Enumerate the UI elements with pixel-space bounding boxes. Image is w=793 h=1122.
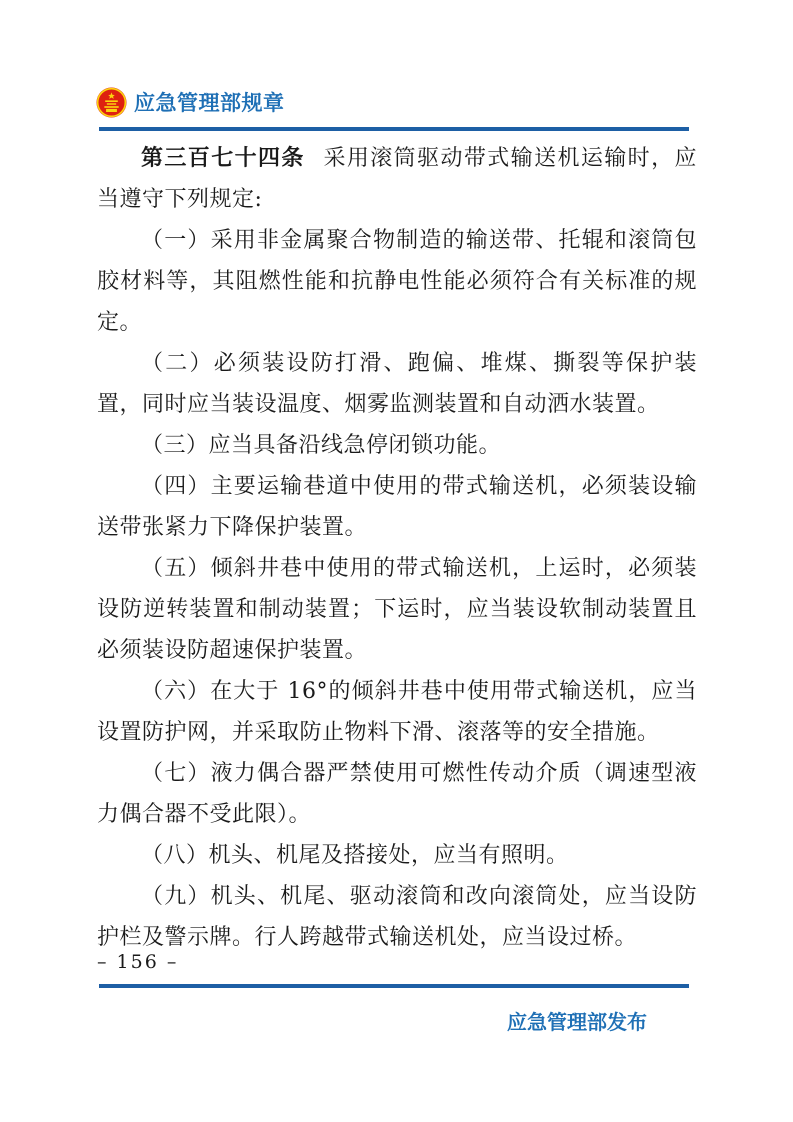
- article-item-6: （六）在大于 16°的倾斜井巷中使用带式输送机，应当设置防护网，并采取防止物料下…: [97, 671, 697, 753]
- article-item-7: （七）液力偶合器严禁使用可燃性传动介质（调速型液力偶合器不受此限）。: [97, 753, 697, 835]
- article-item-2: （二）必须装设防打滑、跑偏、堆煤、撕裂等保护装置，同时应当装设温度、烟雾监测装置…: [97, 343, 697, 425]
- publisher-label: 应急管理部发布: [507, 1006, 647, 1035]
- article-number: 第三百七十四条: [141, 145, 305, 171]
- article-lead-paragraph: 第三百七十四条采用滚筒驱动带式输送机运输时，应当遵守下列规定:: [97, 138, 697, 220]
- footer-divider-line: [99, 984, 689, 988]
- page-number: – 156 –: [97, 951, 178, 973]
- header-divider-line: [99, 127, 689, 131]
- article-item-4: （四）主要运输巷道中使用的带式输送机，必须装设输送带张紧力下降保护装置。: [97, 466, 697, 548]
- page-header: 应急管理部规章: [96, 85, 285, 119]
- article-item-1: （一）采用非金属聚合物制造的输送带、托辊和滚筒包胶材料等，其阻燃性能和抗静电性能…: [97, 220, 697, 343]
- article-item-8: （八）机头、机尾及搭接处，应当有照明。: [97, 835, 697, 876]
- document-page: 应急管理部规章 第三百七十四条采用滚筒驱动带式输送机运输时，应当遵守下列规定: …: [0, 0, 793, 1122]
- article-item-3: （三）应当具备沿线急停闭锁功能。: [97, 425, 697, 466]
- china-national-emblem-icon: [96, 87, 127, 118]
- article-item-9: （九）机头、机尾、驱动滚筒和改向滚筒处，应当设防护栏及警示牌。行人跨越带式输送机…: [97, 876, 697, 958]
- header-title: 应急管理部规章: [134, 87, 285, 117]
- article-body: 第三百七十四条采用滚筒驱动带式输送机运输时，应当遵守下列规定: （一）采用非金属…: [97, 138, 697, 958]
- article-item-5: （五）倾斜井巷中使用的带式输送机，上运时，必须装设防逆转装置和制动装置；下运时，…: [97, 548, 697, 671]
